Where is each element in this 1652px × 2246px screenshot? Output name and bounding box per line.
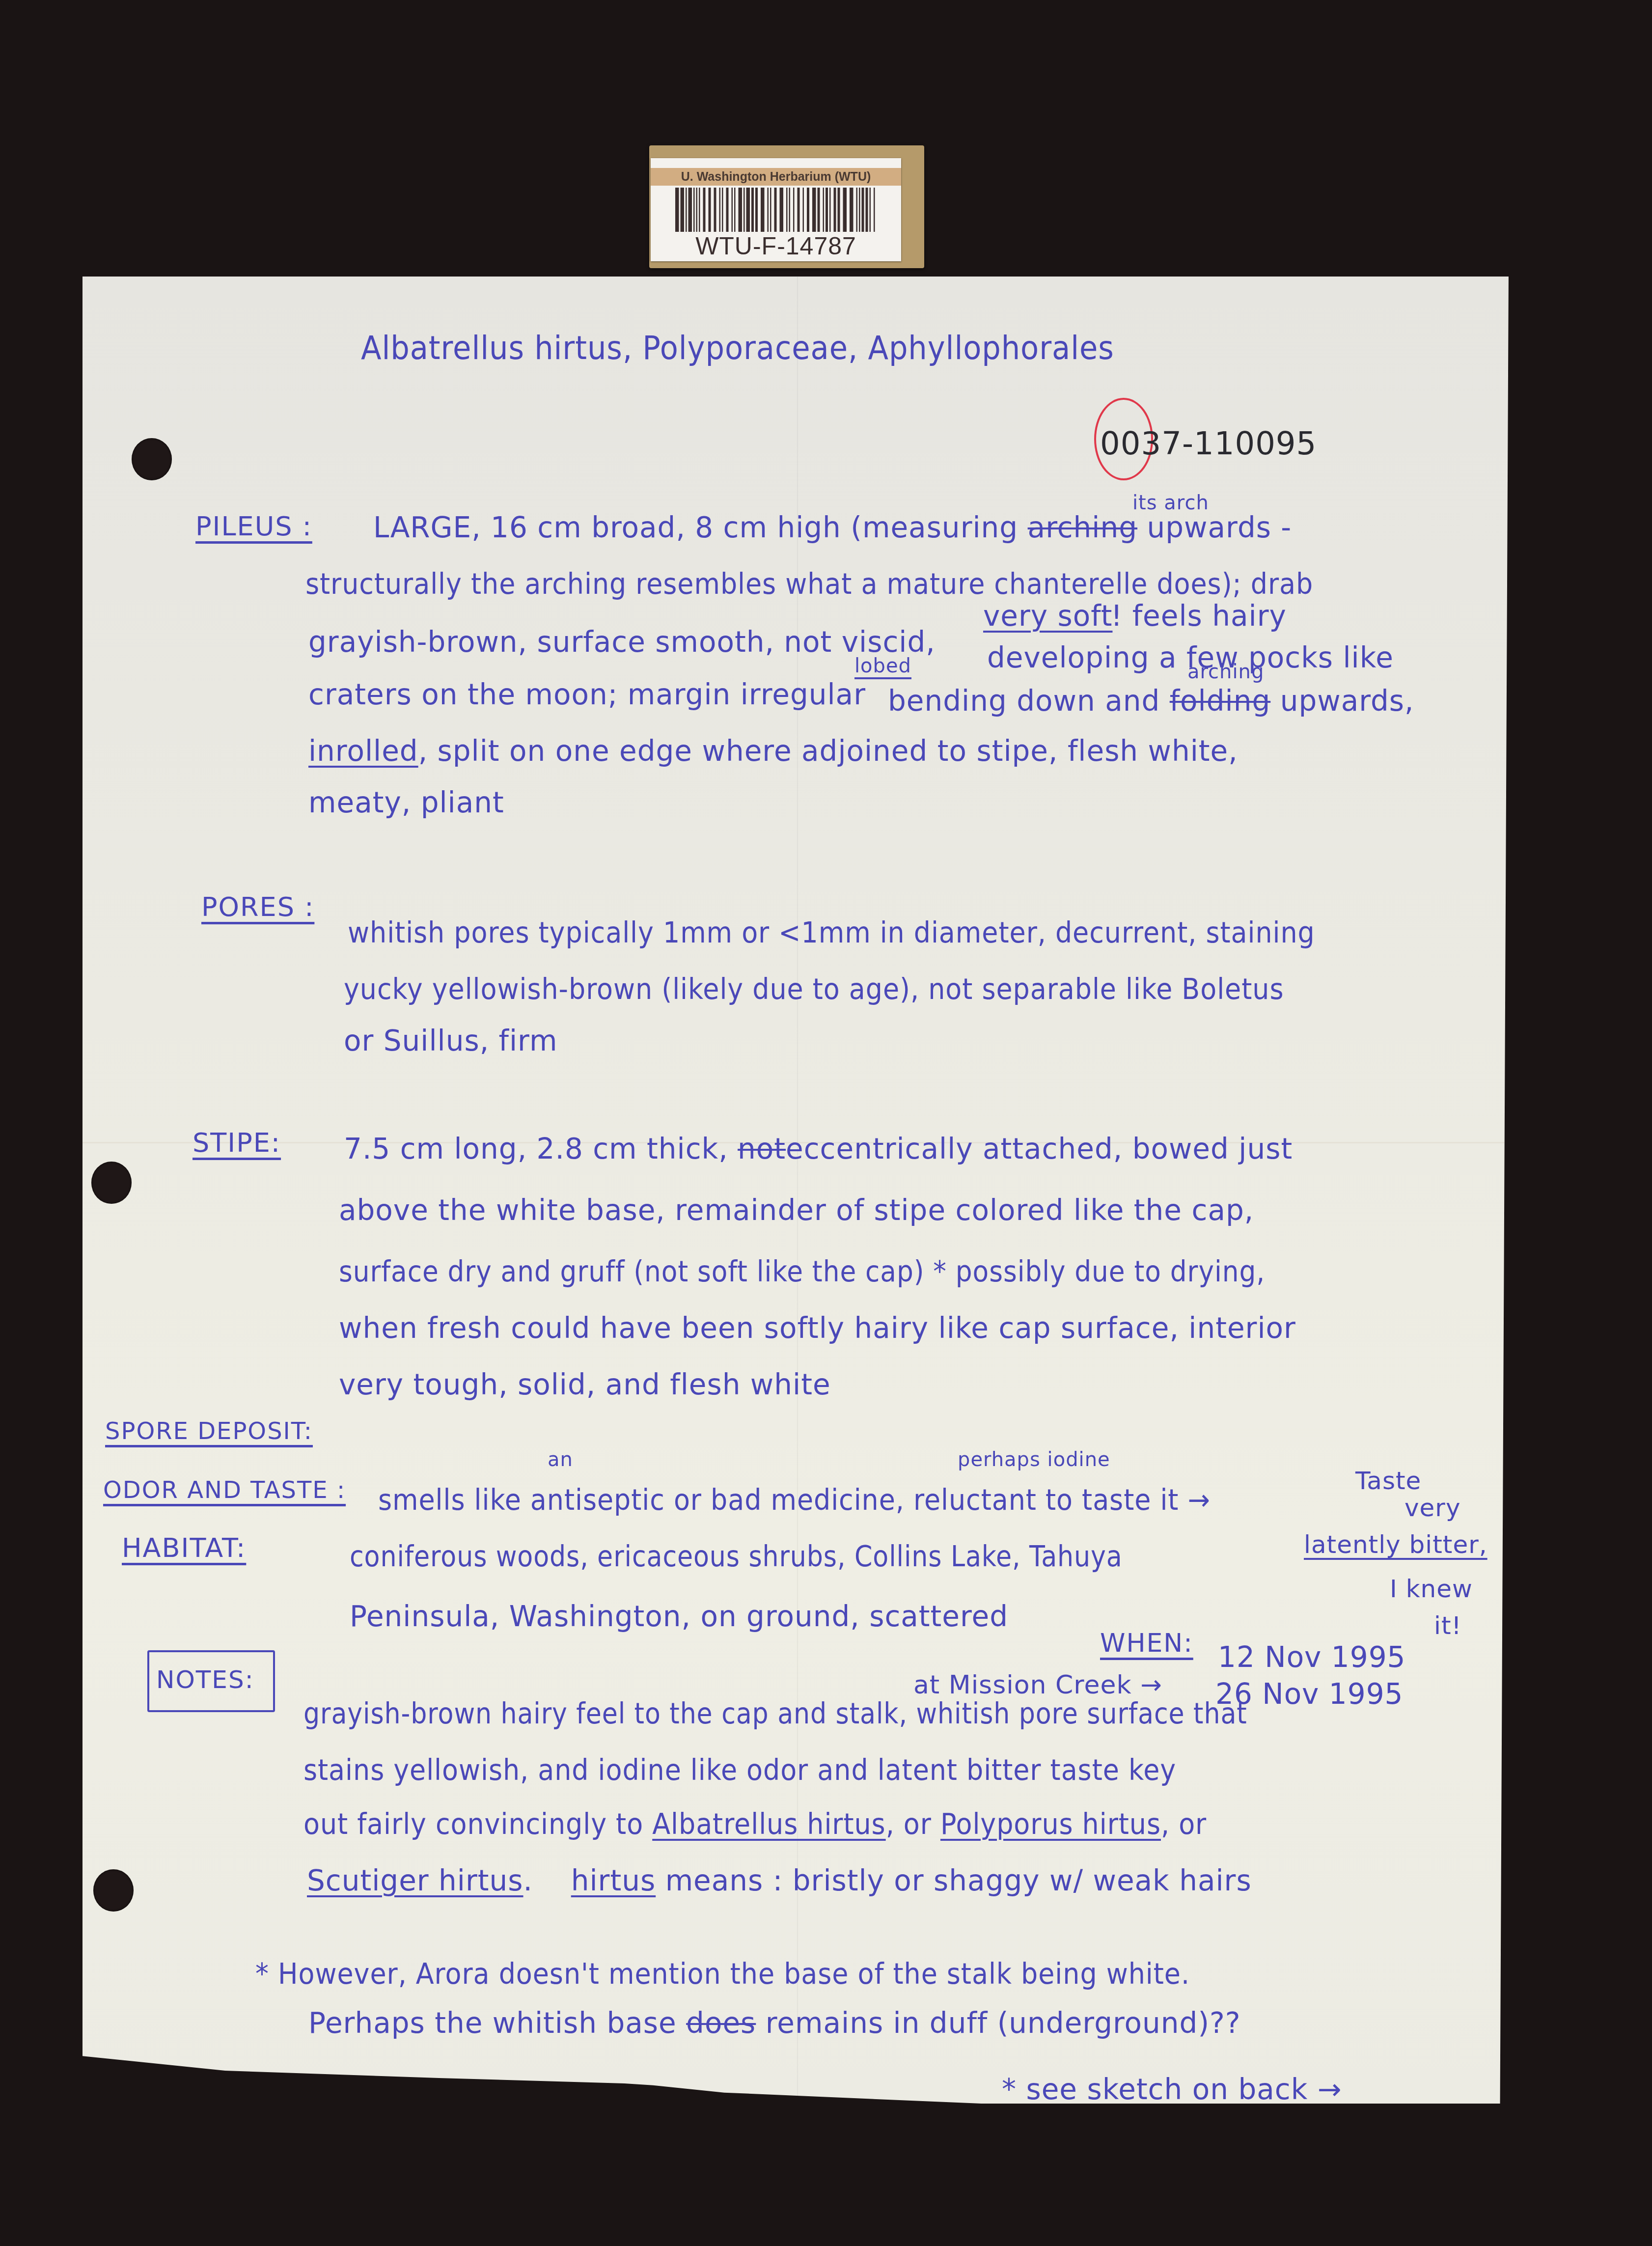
- pileus-text: bending down and: [888, 684, 1160, 718]
- stipe-line-4: when fresh could have been softly hairy …: [339, 1314, 1296, 1342]
- when-location-2: at Mission Creek →: [913, 1672, 1162, 1698]
- odor-insert-an: an: [548, 1450, 573, 1470]
- pileus-very-soft: very soft: [983, 602, 1112, 630]
- pileus-line-2: structurally the arching resembles what …: [305, 570, 1313, 598]
- collection-number: 0037-110095: [1100, 428, 1317, 460]
- notes-line-2: stains yellowish, and iodine like odor a…: [303, 1756, 1176, 1784]
- catalog-number: WTU-F-14787: [651, 232, 901, 260]
- notes-line-4: Scutiger hirtus. hirtus means : bristly …: [307, 1866, 1252, 1895]
- herbarium-barcode-label: U. Washington Herbarium (WTU) WTU-F-1478…: [651, 158, 901, 261]
- notes-text: , or: [886, 1807, 932, 1841]
- pileus-text: , split on one edge where adjoined to st…: [418, 734, 1238, 768]
- pileus-line-4a: craters on the moon; margin irregular: [308, 680, 866, 709]
- pores-line-1: whitish pores typically 1mm or <1mm in d…: [348, 918, 1315, 947]
- collection-number-circled: 0037: [1100, 426, 1182, 462]
- collection-number-rest: -110095: [1182, 426, 1317, 462]
- pileus-text: LARGE, 16 cm broad, 8 cm high (measuring: [373, 511, 1018, 544]
- footnote-text: Perhaps the whitish base: [308, 2006, 677, 2040]
- footnote-strikethrough: does: [686, 2006, 756, 2040]
- pores-line-3: or Suillus, firm: [344, 1026, 557, 1055]
- species-title: Albatrellus hirtus, Polyporaceae, Aphyll…: [361, 332, 1114, 364]
- stipe-line-1: 7.5 cm long, 2.8 cm thick, noteccentrica…: [344, 1135, 1293, 1163]
- punch-hole-middle: [91, 1162, 132, 1204]
- pileus-feels-hairy: ! feels hairy: [1111, 602, 1287, 630]
- habitat-line-2: Peninsula, Washington, on ground, scatte…: [350, 1602, 1008, 1631]
- taste-note-taste: Taste: [1355, 1469, 1421, 1493]
- notes-species-scutiger: Scutiger hirtus: [307, 1864, 523, 1897]
- institution-name: U. Washington Herbarium (WTU): [651, 168, 901, 186]
- punch-hole-bottom: [93, 1869, 134, 1912]
- stipe-heading: STIPE:: [193, 1130, 281, 1156]
- odor-insert-perhaps-iodine: perhaps iodine: [958, 1450, 1110, 1470]
- pores-heading: PORES :: [201, 894, 314, 920]
- footnote-text: remains in duff (underground)??: [766, 2006, 1241, 2040]
- taste-note-very: very: [1404, 1496, 1461, 1520]
- notes-line-1: grayish-brown hairy feel to the cap and …: [303, 1699, 1247, 1728]
- taste-note-i-knew: I knew: [1390, 1577, 1473, 1601]
- taste-note-latently-bitter: latently bitter,: [1304, 1532, 1487, 1557]
- notes-line-3: out fairly convincingly to Albatrellus h…: [303, 1810, 1207, 1838]
- pileus-line-3a: grayish-brown, surface smooth, not visci…: [308, 628, 936, 656]
- notes-text: means : bristly or shaggy w/ weak hairs: [665, 1864, 1252, 1897]
- pileus-line-1: LARGE, 16 cm broad, 8 cm high (measuring…: [373, 513, 1292, 542]
- notes-heading: NOTES:: [156, 1667, 254, 1692]
- title-text: Albatrellus hirtus, Polyporaceae, Aphyll…: [361, 329, 1114, 367]
- pileus-line-5: inrolled, split on one edge where adjoin…: [308, 737, 1238, 765]
- habitat-heading: HABITAT:: [122, 1535, 246, 1561]
- pores-line-2: yucky yellowish-brown (likely due to age…: [344, 975, 1284, 1003]
- pileus-lobed-insert: lobed: [854, 656, 911, 676]
- stipe-text: eccentrically attached, bowed just: [786, 1132, 1293, 1165]
- spore-deposit-heading: SPORE DEPOSIT:: [105, 1419, 313, 1443]
- notes-text: .: [523, 1864, 533, 1897]
- pileus-insert-its-arch: its arch: [1132, 493, 1209, 513]
- pileus-strikethrough: folding: [1170, 684, 1271, 718]
- pileus-line-6: meaty, pliant: [308, 788, 504, 817]
- notes-species-polyporus: Polyporus hirtus: [940, 1807, 1161, 1841]
- habitat-line-1: coniferous woods, ericaceous shrubs, Col…: [350, 1542, 1123, 1571]
- notes-species-albatrellus: Albatrellus hirtus: [652, 1807, 885, 1841]
- pileus-strikethrough: arching: [1028, 511, 1137, 544]
- pileus-heading: PILEUS :: [195, 513, 312, 540]
- stipe-line-5: very tough, solid, and flesh white: [339, 1370, 831, 1399]
- stipe-line-3: surface dry and gruff (not soft like the…: [339, 1257, 1265, 1286]
- footnote-line-2: Perhaps the whitish base does remains in…: [308, 2009, 1241, 2037]
- notes-text: out fairly convincingly to: [303, 1807, 643, 1841]
- odor-line: smells like antiseptic or bad medicine, …: [378, 1486, 1211, 1514]
- stipe-strikethrough: not: [738, 1132, 786, 1165]
- stipe-line-2: above the white base, remainder of stipe…: [339, 1196, 1254, 1224]
- pileus-inrolled: inrolled: [308, 734, 418, 768]
- barcode-icon: [675, 188, 878, 232]
- when-date-1: 12 Nov 1995: [1218, 1643, 1405, 1671]
- punch-hole-top: [132, 438, 172, 480]
- odor-taste-heading: ODOR AND TASTE :: [103, 1478, 346, 1502]
- taste-note-it: it!: [1434, 1613, 1462, 1638]
- pileus-arching-insert: arching: [1187, 662, 1264, 682]
- pileus-line-4b: bending down and folding upwards,: [888, 687, 1414, 715]
- notes-hirtus: hirtus: [571, 1864, 656, 1897]
- pileus-text: upwards -: [1147, 511, 1292, 544]
- pileus-text: upwards,: [1280, 684, 1414, 718]
- when-heading: WHEN:: [1100, 1631, 1193, 1656]
- footnote-line-1: * However, Arora doesn't mention the bas…: [255, 1960, 1190, 1988]
- see-sketch-on-back: * see sketch on back →: [1002, 2075, 1342, 2104]
- stipe-text: 7.5 cm long, 2.8 cm thick,: [344, 1132, 728, 1165]
- notes-text: , or: [1161, 1807, 1207, 1841]
